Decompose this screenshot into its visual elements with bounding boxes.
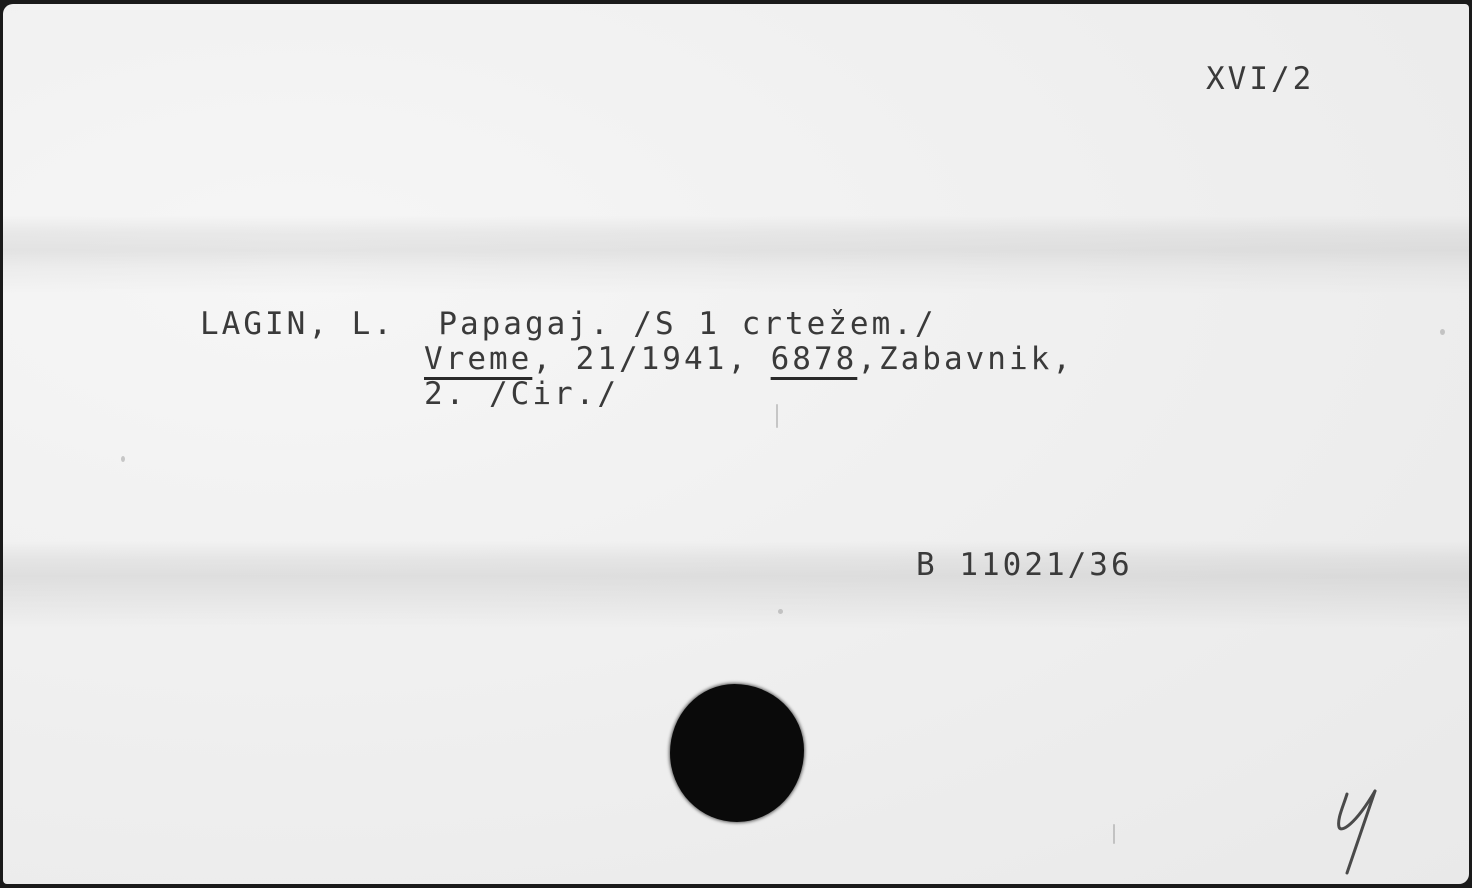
script-note: /Cir./	[489, 376, 619, 412]
speck	[778, 609, 783, 614]
entry-line-1: LAGIN, L. Papagaj. /S 1 crtežem./	[200, 309, 937, 340]
title: Papagaj.	[438, 306, 611, 342]
section: Zabavnik	[879, 341, 1052, 377]
handwritten-four-icon	[1333, 789, 1393, 879]
speck	[776, 404, 778, 428]
author: LAGIN, L.	[200, 306, 395, 342]
page: 2.	[424, 376, 467, 412]
periodical-name: Vreme	[424, 341, 532, 377]
handwritten-mark	[1333, 789, 1393, 879]
punch-hole	[670, 684, 804, 822]
issue-number: 6878	[771, 341, 858, 377]
issue: 21/1941	[576, 341, 728, 377]
speck	[1440, 329, 1445, 335]
entry-line-2: Vreme, 21/1941, 6878,Zabavnik,	[424, 344, 1074, 375]
catalog-card: XVI/2 LAGIN, L. Papagaj. /S 1 crtežem./ …	[3, 4, 1469, 884]
illustration-note: /S 1 crtežem./	[633, 306, 936, 342]
accession-number: B 11021/36	[916, 550, 1133, 581]
speck	[1113, 824, 1115, 844]
call-number: XVI/2	[1206, 64, 1314, 95]
speck	[121, 456, 125, 462]
entry-line-3: 2. /Cir./	[424, 379, 619, 410]
